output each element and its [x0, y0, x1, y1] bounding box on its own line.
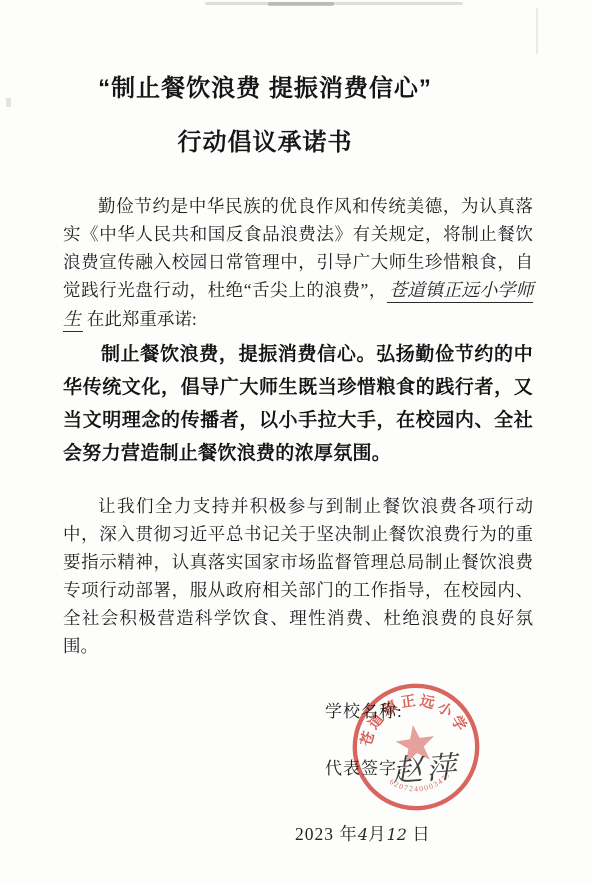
paragraph-pledge: 制止餐饮浪费，提振消费信心。弘扬勤俭节约的中华传统文化，倡导广大师生既当珍惜粮食…	[63, 338, 533, 470]
document-title-line1: “制止餐饮浪费 提振消费信心”	[0, 68, 530, 103]
date-day-handwritten: 12	[387, 825, 407, 844]
stamp-serial-number: 6207240003477	[387, 769, 455, 798]
star-icon	[394, 722, 438, 764]
date-month-handwritten: 4	[358, 825, 368, 844]
paragraph-opening-end: 在此郑重承诺:	[87, 309, 197, 329]
scan-artifact-streak	[205, 2, 463, 5]
svg-text:6207240003477: 6207240003477	[387, 769, 455, 798]
date-day-unit: 日	[407, 824, 431, 844]
paragraph-opening: 勤俭节约是中华民族的优良作风和传统美德，为认真落实《中华人民共和国反食品浪费法》…	[63, 192, 533, 334]
date-line: 2023 年4月12 日	[295, 821, 431, 846]
scan-artifact-speck	[536, 8, 538, 54]
official-stamp: 苍道镇正远小学 6207240003477	[339, 670, 493, 824]
date-month-unit: 月	[368, 824, 387, 844]
date-year: 2023 年	[295, 824, 358, 844]
document-title-line2: 行动倡议承诺书	[0, 122, 530, 157]
scan-artifact-streak-dark	[268, 2, 334, 6]
paragraph-action: 让我们全力支持并积极参与到制止餐饮浪费各项行动中，深入贯彻习近平总书记关于坚决制…	[63, 492, 533, 660]
scanned-pledge-document: “制止餐饮浪费 提振消费信心” 行动倡议承诺书 勤俭节约是中华民族的优良作风和传…	[0, 0, 591, 886]
